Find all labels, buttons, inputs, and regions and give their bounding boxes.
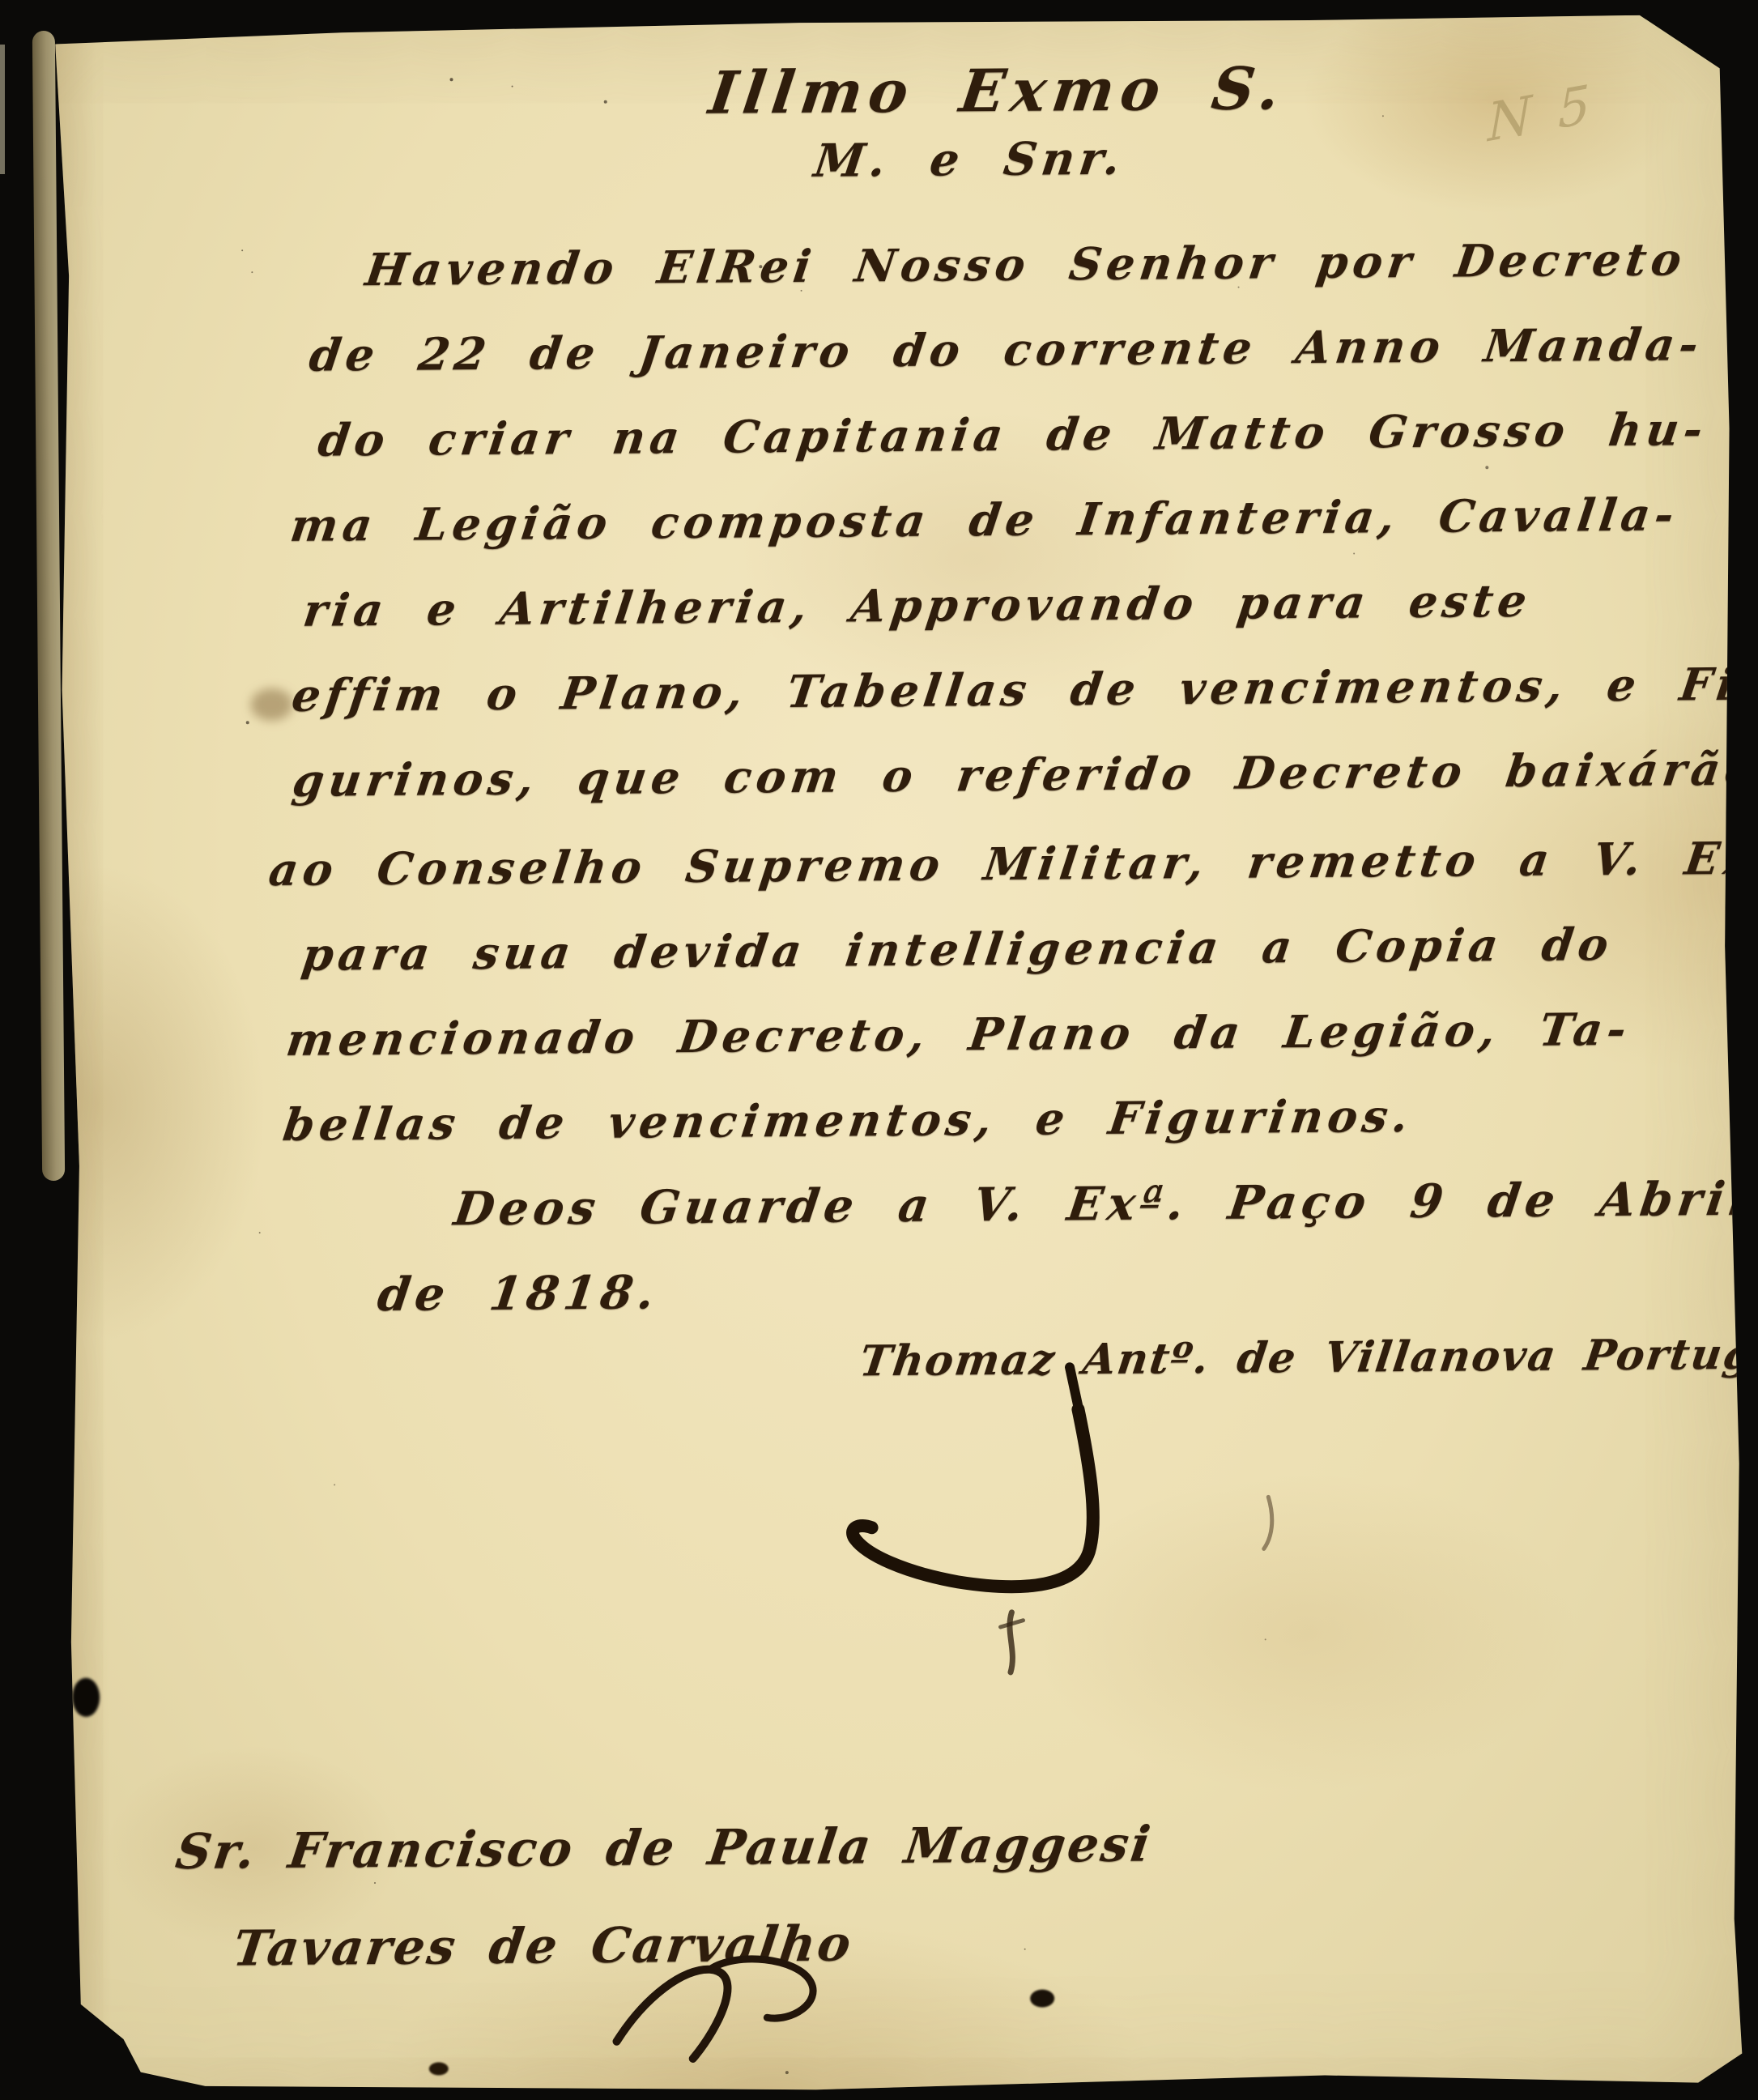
- body-line: mencionado Decreto, Plano da Legião, Ta-: [283, 1003, 1634, 1066]
- addressee-line-2: Tavares de Carvalho: [230, 1915, 857, 1977]
- body-line: effim o Plano, Tabellas de vencimentos, …: [289, 658, 1758, 722]
- closing-line-1: Deos Guarde a V. Exª. Paço 9 de Abril: [451, 1172, 1756, 1237]
- paper-speckles: [36, 28, 40, 31]
- corner-number-annotation: N 5: [1488, 74, 1595, 155]
- body-line: para sua devida intelligencia a Copia do: [299, 918, 1616, 981]
- photo-edge-artifact: [0, 45, 5, 174]
- salutation-line-2: M. e Snr.: [811, 132, 1129, 188]
- body-line: ao Conselho Supremo Militar, remetto a V…: [266, 831, 1758, 896]
- body-line: de 22 de Janeiro do corrente Anno Manda-: [306, 317, 1706, 381]
- paper-edge-sliver: [32, 31, 65, 1181]
- addressee-line-1: Sr. Francisco de Paula Maggesi: [172, 1816, 1156, 1881]
- signature-line: Thomaz Antº. de Villanova Portugal.: [857, 1329, 1758, 1386]
- ink-blot: [429, 2062, 449, 2075]
- foxing-stain: [250, 688, 292, 721]
- photo-background: N 5 Illmo Exmo S. M. e Snr. Havendo ElRe…: [0, 0, 1758, 2100]
- salutation-line-1: Illmo Exmo S.: [705, 53, 1290, 127]
- paper-hole: [72, 1678, 100, 1717]
- ink-blot: [1030, 1989, 1054, 2007]
- body-line: ria e Artilheria, Approvando para este: [300, 574, 1535, 637]
- body-line: ma Legião composta de Infanteria, Cavall…: [287, 488, 1682, 552]
- body-line: do criar na Capitania de Matto Grosso hu…: [315, 403, 1710, 466]
- body-line: gurinos, que com o referido Decreto baix…: [290, 743, 1758, 807]
- closing-line-2: de 1818.: [375, 1265, 662, 1322]
- body-line: bellas de vencimentos, e Figurinos.: [280, 1089, 1416, 1151]
- body-line: Havendo ElRei Nosso Senhor por Decreto: [363, 232, 1690, 296]
- manuscript-page: N 5 Illmo Exmo S. M. e Snr. Havendo ElRe…: [36, 15, 1749, 2098]
